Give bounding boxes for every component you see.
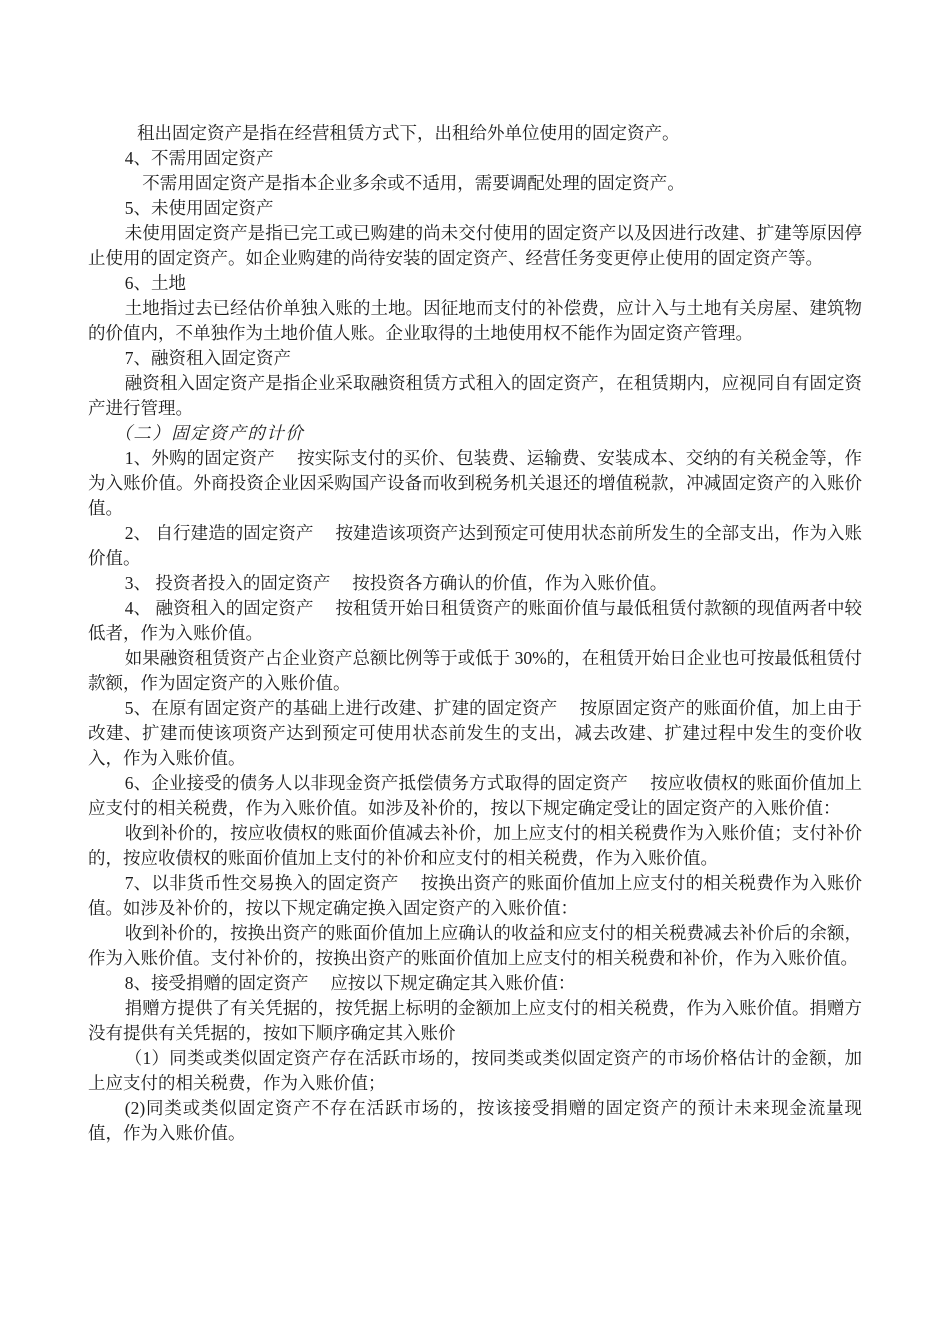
section-heading: 6、土地 bbox=[88, 271, 862, 296]
paragraph: (2)同类或类似固定资产不存在活跃市场的，按该接受捐赠的固定资产的预计未来现金流… bbox=[88, 1096, 862, 1146]
paragraph: 2、 自行建造的固定资产 按建造该项资产达到预定可使用状态前所发生的全部支出，作… bbox=[88, 521, 862, 571]
paragraph: 7、以非货币性交易换入的固定资产 按换出资产的账面价值加上应支付的相关税费作为入… bbox=[88, 871, 862, 921]
paragraph: 3、 投资者投入的固定资产 按投资各方确认的价值，作为入账价值。 bbox=[88, 571, 862, 596]
section-title: （二）固定资产的计价 bbox=[88, 421, 862, 446]
paragraph: 收到补价的，按应收债权的账面价值减去补价，加上应支付的相关税费作为入账价值；支付… bbox=[88, 821, 862, 871]
paragraph: 如果融资租赁资产占企业资产总额比例等于或低于 30%的，在租赁开始日企业也可按最… bbox=[88, 646, 862, 696]
section-heading: 4、不需用固定资产 bbox=[88, 146, 862, 171]
document-content: 租出固定资产是指在经营租赁方式下，出租给外单位使用的固定资产。4、不需用固定资产… bbox=[88, 121, 862, 1146]
paragraph: 不需用固定资产是指本企业多余或不适用，需要调配处理的固定资产。 bbox=[88, 171, 862, 196]
paragraph: 5、在原有固定资产的基础上进行改建、扩建的固定资产 按原固定资产的账面价值，加上… bbox=[88, 696, 862, 771]
paragraph: 未使用固定资产是指已完工或已购建的尚未交付使用的固定资产以及因进行改建、扩建等原… bbox=[88, 221, 862, 271]
paragraph: 4、 融资租入的固定资产 按租赁开始日租赁资产的账面价值与最低租赁付款额的现值两… bbox=[88, 596, 862, 646]
paragraph: 租出固定资产是指在经营租赁方式下，出租给外单位使用的固定资产。 bbox=[88, 121, 862, 146]
paragraph: 土地指过去已经估价单独入账的土地。因征地而支付的补偿费，应计入与土地有关房屋、建… bbox=[88, 296, 862, 346]
paragraph: 融资租入固定资产是指企业采取融资租赁方式租入的固定资产，在租赁期内，应视同自有固… bbox=[88, 371, 862, 421]
paragraph: 8、接受捐赠的固定资产 应按以下规定确定其入账价值： bbox=[88, 971, 862, 996]
paragraph: 1、外购的固定资产 按实际支付的买价、包装费、运输费、安装成本、交纳的有关税金等… bbox=[88, 446, 862, 521]
paragraph: 6、企业接受的债务人以非现金资产抵偿债务方式取得的固定资产 按应收债权的账面价值… bbox=[88, 771, 862, 821]
section-heading: 5、未使用固定资产 bbox=[88, 196, 862, 221]
document-page: 租出固定资产是指在经营租赁方式下，出租给外单位使用的固定资产。4、不需用固定资产… bbox=[0, 0, 950, 1344]
section-heading: 7、融资租入固定资产 bbox=[88, 346, 862, 371]
paragraph: 收到补价的，按换出资产的账面价值加上应确认的收益和应支付的相关税费减去补价后的余… bbox=[88, 921, 862, 971]
paragraph: （1）同类或类似固定资产存在活跃市场的，按同类或类似固定资产的市场价格估计的金额… bbox=[88, 1046, 862, 1096]
paragraph: 捐赠方提供了有关凭据的，按凭据上标明的金额加上应支付的相关税费，作为入账价值。捐… bbox=[88, 996, 862, 1046]
